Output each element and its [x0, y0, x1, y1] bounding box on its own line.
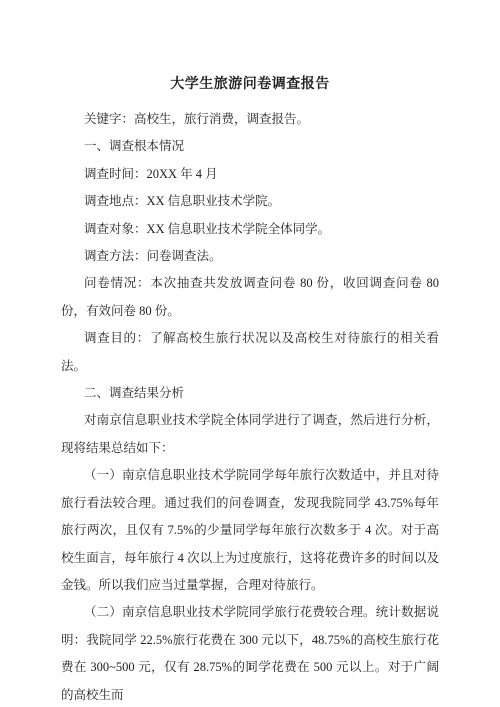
analysis-intro-paragraph: 对南京信息职业技术学院全体同学进行了调查，然后进行分析，现将结果总结如下： — [61, 407, 439, 462]
survey-purpose-paragraph: 调查目的：了解高校生旅行状况以及高校生对待旅行的相关看法。 — [61, 325, 439, 380]
section-1-heading: 一、调查根本情况 — [61, 133, 439, 160]
survey-subjects-paragraph: 调查对象：XX 信息职业技术学院全体同学。 — [61, 216, 439, 243]
survey-method-paragraph: 调查方法：问卷调查法。 — [61, 243, 439, 270]
document-title: 大学生旅游问卷调查报告 — [61, 76, 439, 94]
document-body: 关键字：高校生，旅行消费，调查报告。 一、调查根本情况 调查时间：20XX 年 … — [61, 106, 439, 707]
page-number: 1 — [0, 659, 500, 673]
finding-2-paragraph: （二）南京信息职业技术学院同学旅行花费较合理。统计数据说明：我院同学 22.5%… — [61, 599, 439, 707]
keywords-paragraph: 关键字：高校生，旅行消费，调查报告。 — [61, 106, 439, 133]
survey-location-paragraph: 调查地点：XX 信息职业技术学院。 — [61, 188, 439, 215]
document-page: 大学生旅游问卷调查报告 关键字：高校生，旅行消费，调查报告。 一、调查根本情况 … — [0, 0, 500, 707]
finding-1-paragraph: （一）南京信息职业技术学院同学每年旅行次数适中，并且对待旅行看法较合理。通过我们… — [61, 462, 439, 599]
questionnaire-status-paragraph: 问卷情况：本次抽查共发放调查问卷 80 份，收回调查问卷 80 份，有效问卷 8… — [61, 270, 439, 325]
section-2-heading: 二、调查结果分析 — [61, 380, 439, 407]
survey-time-paragraph: 调查时间：20XX 年 4 月 — [61, 161, 439, 188]
